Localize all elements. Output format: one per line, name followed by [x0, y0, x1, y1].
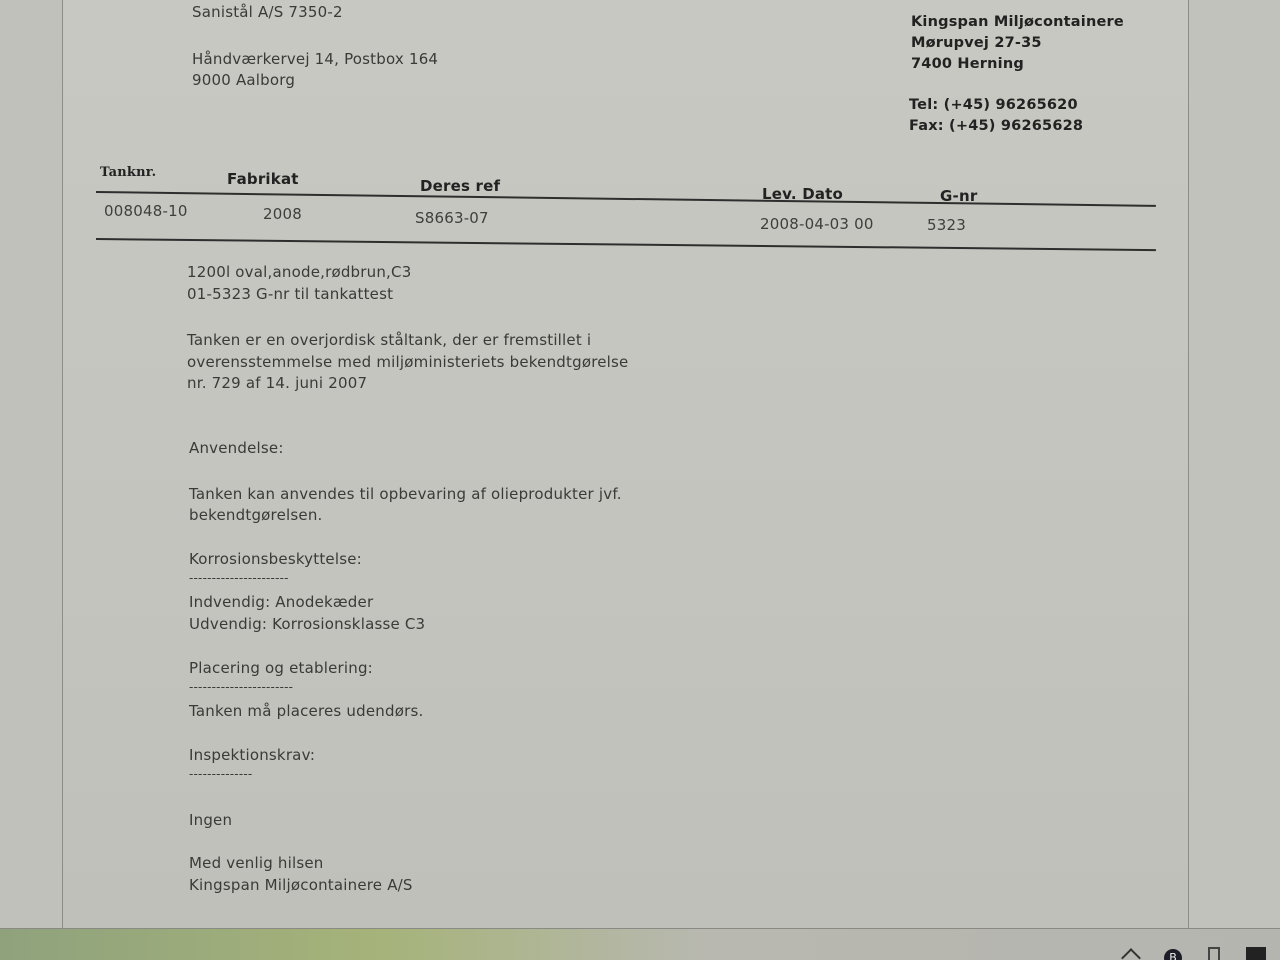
row-rule: [96, 238, 1156, 251]
signature: Kingspan Miljøcontainere A/S: [189, 876, 413, 894]
cell-deres-ref: S8663-07: [415, 209, 489, 227]
corrosion-outside: Udvendig: Korrosionsklasse C3: [189, 615, 425, 633]
placement-text: Tanken må placeres udendørs.: [189, 702, 423, 720]
taskbar: B: [0, 928, 1280, 960]
cell-g-nr: 5323: [927, 216, 966, 234]
recipient-name: Sanistål A/S 7350-2: [192, 3, 343, 21]
header-rule: [96, 191, 1156, 207]
placement-heading: Placering og etablering:: [189, 659, 373, 677]
product-line-2: 01-5323 G-nr til tankattest: [187, 285, 393, 303]
recipient-address: Håndværkervej 14, Postbox 164: [192, 50, 438, 68]
chevron-up-icon[interactable]: [1121, 948, 1141, 960]
header-deres-ref: Deres ref: [420, 177, 500, 195]
corrosion-inside: Indvendig: Anodekæder: [189, 593, 373, 611]
sender-company: Kingspan Miljøcontainere: [911, 14, 1124, 30]
cell-tanknr: 008048-10: [104, 202, 188, 220]
app-badge-icon[interactable]: B: [1164, 949, 1182, 960]
inspection-rule: --------------: [189, 767, 252, 781]
usage-line-1: Tanken kan anvendes til opbevaring af ol…: [189, 485, 622, 503]
corrosion-rule: ----------------------: [189, 571, 289, 585]
description-line-3: nr. 729 af 14. juni 2007: [187, 374, 367, 392]
product-line-1: 1200l oval,anode,rødbrun,C3: [187, 263, 411, 281]
usage-line-2: bekendtgørelsen.: [189, 506, 323, 524]
inspection-text: Ingen: [189, 811, 232, 829]
sender-fax: Fax: (+45) 96265628: [909, 118, 1083, 134]
cell-lev-dato: 2008-04-03 00: [760, 215, 874, 233]
usage-heading: Anvendelse:: [189, 439, 284, 457]
sender-street: Mørupvej 27-35: [911, 35, 1042, 51]
inspection-heading: Inspektionskrav:: [189, 746, 315, 764]
header-tanknr: Tanknr.: [100, 165, 156, 180]
recipient-city: 9000 Aalborg: [192, 71, 295, 89]
right-gutter: [1188, 0, 1280, 928]
corrosion-heading: Korrosionsbeskyttelse:: [189, 550, 362, 568]
sender-city: 7400 Herning: [911, 56, 1024, 72]
placement-rule: -----------------------: [189, 680, 293, 694]
sender-tel: Tel: (+45) 96265620: [909, 97, 1078, 113]
system-tray: B: [1124, 929, 1280, 960]
usb-drive-icon[interactable]: [1208, 947, 1220, 960]
description-line-1: Tanken er en overjordisk ståltank, der e…: [187, 331, 591, 349]
header-fabrikat: Fabrikat: [227, 170, 299, 188]
left-gutter: [0, 0, 63, 928]
app-icon[interactable]: [1246, 947, 1266, 960]
closing-greeting: Med venlig hilsen: [189, 854, 324, 872]
cell-fabrikat: 2008: [263, 205, 302, 223]
description-line-2: overensstemmelse med miljøministeriets b…: [187, 353, 628, 371]
document-page: Sanistål A/S 7350-2 Håndværkervej 14, Po…: [63, 0, 1188, 928]
